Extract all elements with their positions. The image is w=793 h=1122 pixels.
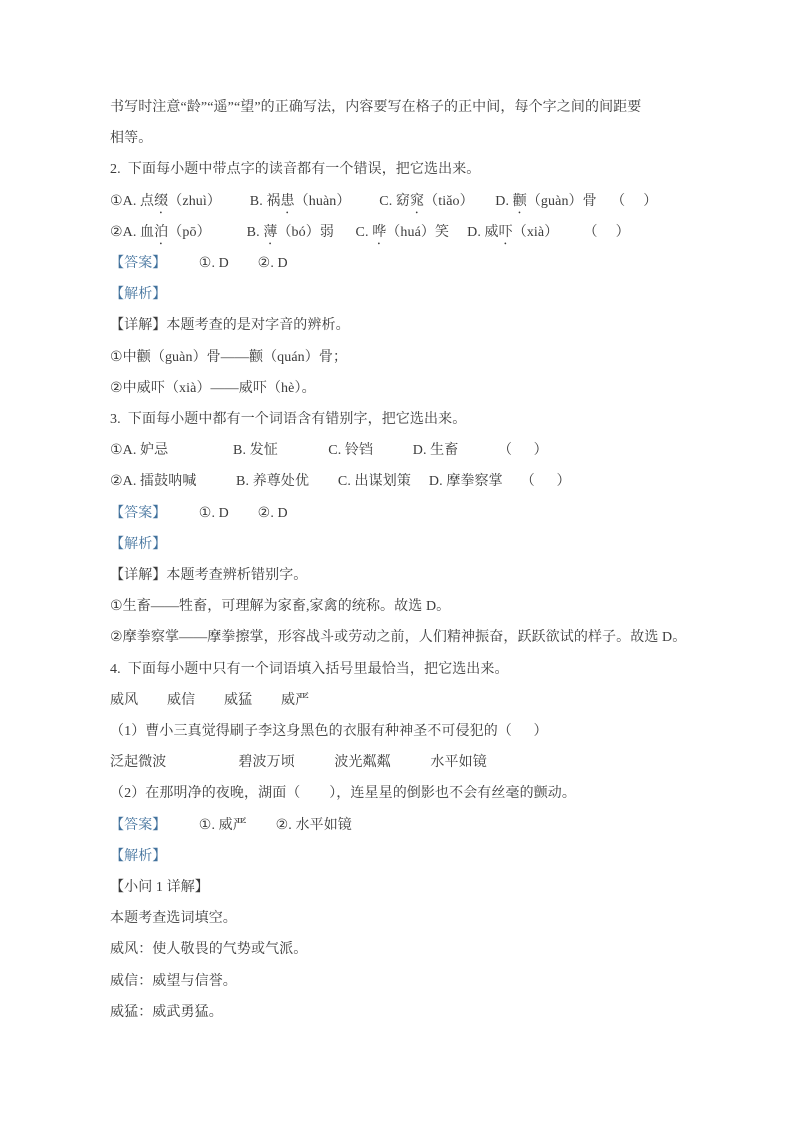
- q2-analysis-line: 【解析】: [110, 279, 713, 310]
- q4-analysis-line: 【解析】: [110, 841, 713, 872]
- q4-sentence-1: （1）曹小三真觉得刷子李这身黑色的衣服有种神圣不可侵犯的（ ）: [110, 716, 713, 747]
- emphasized-char: 窕: [410, 194, 424, 209]
- q3-option-line1: ①A. 妒忌 B. 发怔 C. 铃铛 D. 生畜 （ ）: [110, 435, 713, 466]
- q4-subq1-label: 【小问 1 详解】: [110, 872, 713, 903]
- q3-answer-line: 【答案】 ①. D ②. D: [110, 498, 713, 529]
- q2-option-line1: ①A. 点缀（zhuì） B. 祸患（huàn） C. 窈窕（tiǎo） D. …: [110, 186, 713, 217]
- option-text: （huàn） C. 窈: [295, 194, 410, 209]
- option-text: （zhuì） B. 祸: [168, 194, 280, 209]
- answer-label: 【答案】: [110, 818, 166, 833]
- emphasized-char: 颧: [513, 194, 527, 209]
- option-text: （pō） B.: [168, 225, 263, 240]
- document-page: 书写时注意“龄”“遥”“望”的正确写法，内容要写在格子的正中间，每个字之间的间距…: [0, 0, 793, 1122]
- emphasized-char: 吓: [499, 225, 513, 240]
- q4-stem: 4. 下面每小题中只有一个词语填入括号里最恰当，把它选出来。: [110, 654, 713, 685]
- q1-note-line2: 相等。: [110, 123, 713, 154]
- analysis-label: 【解析】: [110, 537, 166, 552]
- q2-stem: 2. 下面每小题中带点字的读音都有一个错误，把它选出来。: [110, 154, 713, 185]
- q4-answer-line: 【答案】 ①. 威严 ②. 水平如镜: [110, 810, 713, 841]
- emphasized-char: 泊: [154, 225, 168, 240]
- q4-definition-weifeng: 威风：使人敬畏的气势或气派。: [110, 934, 713, 965]
- answer-label: 【答案】: [110, 506, 166, 521]
- q3-explain-1: ①生畜——牲畜，可理解为家畜,家禽的统称。故选 D。: [110, 591, 713, 622]
- q4-sentence-2: （2）在那明净的夜晚，湖面（ ），连星星的倒影也不会有丝毫的颤动。: [110, 778, 713, 809]
- q2-answer-line: 【答案】 ①. D ②. D: [110, 248, 713, 279]
- q3-stem: 3. 下面每小题中都有一个词语含有错别字，把它选出来。: [110, 404, 713, 435]
- q3-detail: 【详解】本题考查辨析错别字。: [110, 560, 713, 591]
- q4-definition-weixin: 威信：威望与信誉。: [110, 966, 713, 997]
- emphasized-char: 薄: [263, 225, 277, 240]
- option-text: ②A. 血: [110, 225, 154, 240]
- option-text: （xià） （ ）: [513, 225, 630, 240]
- q2-option-line2: ②A. 血泊（pō） B. 薄（bó）弱 C. 哗（huá）笑 D. 威吓（xi…: [110, 217, 713, 248]
- q3-explain-2: ②摩拳察掌——摩拳擦掌，形容战斗或劳动之前，人们精神振奋，跃跃欲试的样子。故选 …: [110, 622, 713, 653]
- analysis-label: 【解析】: [110, 849, 166, 864]
- option-text: （guàn）骨 （ ）: [527, 194, 658, 209]
- option-text: （tiǎo） D.: [424, 194, 513, 209]
- q3-analysis-line: 【解析】: [110, 529, 713, 560]
- option-text: ①A. 点: [110, 194, 154, 209]
- q4-word-bank-1: 威风 威信 威猛 威严: [110, 685, 713, 716]
- q2-explain-2: ②中威吓（xià）——威吓（hè）。: [110, 373, 713, 404]
- answer-text: ①. 威严 ②. 水平如镜: [166, 818, 352, 833]
- q4-definition-weimeng: 威猛：威武勇猛。: [110, 997, 713, 1028]
- emphasized-char: 患: [281, 194, 295, 209]
- option-text: （bó）弱 C.: [277, 225, 372, 240]
- emphasized-char: 缀: [154, 194, 168, 209]
- option-text: （huá）笑 D. 威: [386, 225, 498, 240]
- q2-detail: 【详解】本题考查的是对字音的辨析。: [110, 310, 713, 341]
- answer-text: ①. D ②. D: [166, 256, 287, 271]
- analysis-label: 【解析】: [110, 287, 166, 302]
- document-content: 书写时注意“龄”“遥”“望”的正确写法，内容要写在格子的正中间，每个字之间的间距…: [0, 0, 793, 1028]
- answer-label: 【答案】: [110, 256, 166, 271]
- q4-subq1-intro: 本题考查选词填空。: [110, 903, 713, 934]
- emphasized-char: 哗: [372, 225, 386, 240]
- q4-word-bank-2: 泛起微波 碧波万顷 波光粼粼 水平如镜: [110, 747, 713, 778]
- q2-explain-1: ①中颧（guàn）骨——颧（quán）骨；: [110, 342, 713, 373]
- q3-option-line2: ②A. 擂鼓呐喊 B. 养尊处优 C. 出谋划策 D. 摩拳察掌 （ ）: [110, 466, 713, 497]
- answer-text: ①. D ②. D: [166, 506, 287, 521]
- q1-note-line1: 书写时注意“龄”“遥”“望”的正确写法，内容要写在格子的正中间，每个字之间的间距…: [110, 92, 713, 123]
